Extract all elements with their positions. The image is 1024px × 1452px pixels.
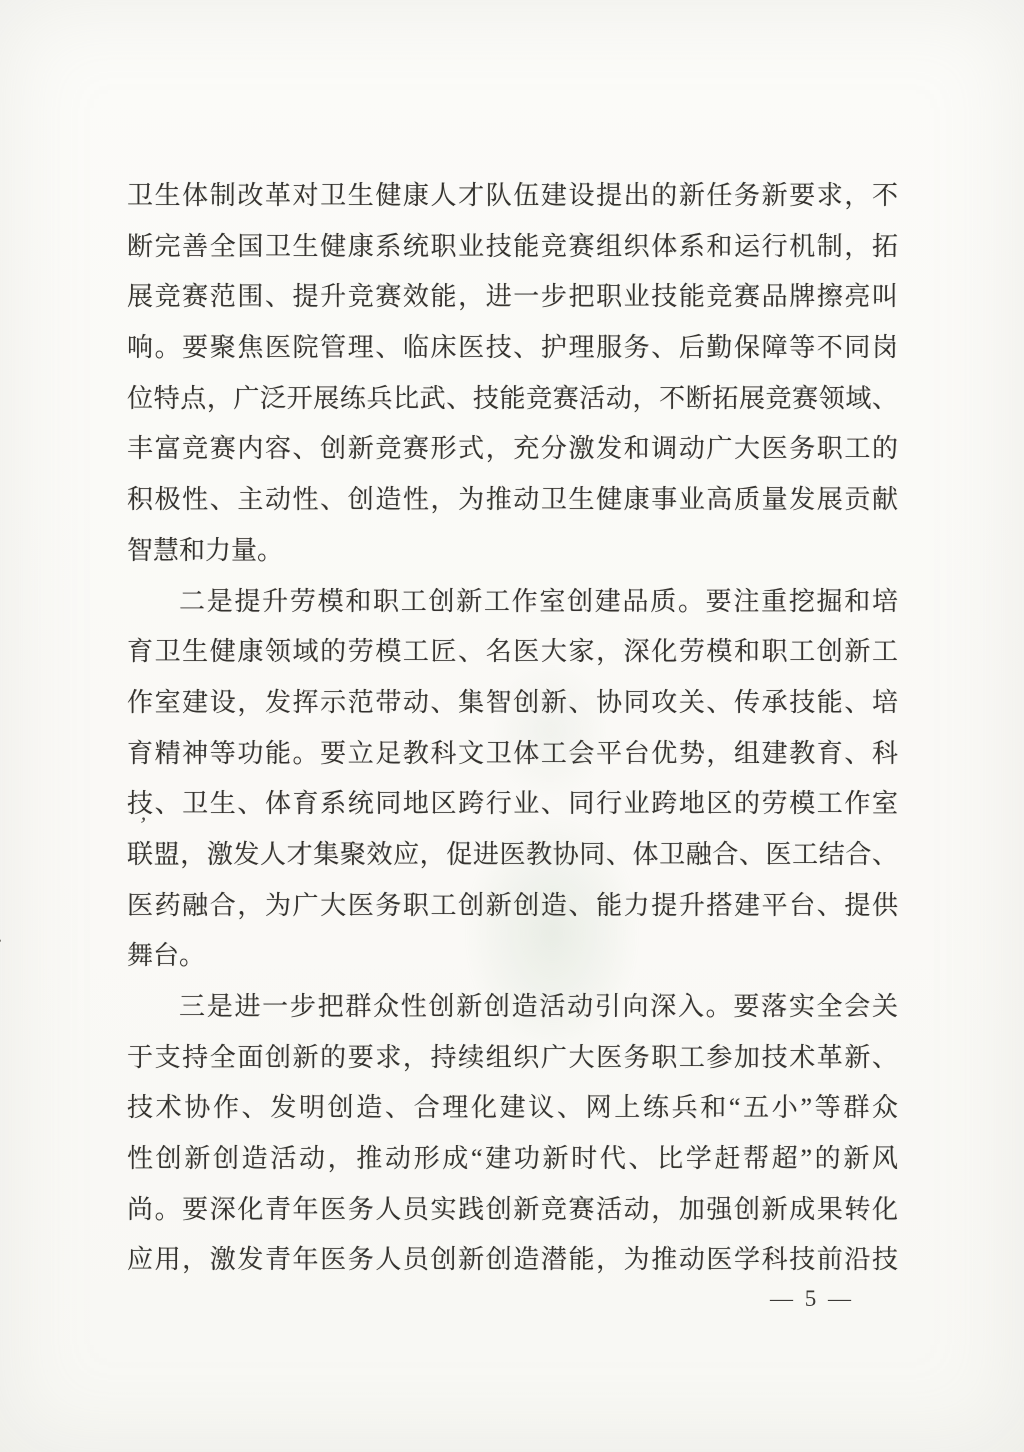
text-line: 育精神等功能。要立足教科文卫体工会平台优势，组建教育、科 (127, 729, 898, 780)
text-line: 作室建设，发挥示范带动、集智创新、协同攻关、传承技能、培 (127, 678, 898, 729)
text-line: 尚。要深化青年医务人员实践创新竞赛活动，加强创新成果转化 (127, 1185, 898, 1236)
text-line: 技术协作、发明创造、合理化建议、网上练兵和“五小”等群众 (127, 1083, 898, 1134)
text-line: 积极性、主动性、创造性，为推动卫生健康事业高质量发展贡献 (127, 475, 898, 526)
text-line: 应用，激发青年医务人员创新创造潜能，为推动医学科技前沿技 (127, 1235, 898, 1286)
edge-ink-dot: · (0, 928, 3, 954)
text-line: 断完善全国卫生健康系统职业技能竞赛组织体系和运行机制，拓 (127, 222, 898, 273)
paragraph: 三是进一步把群众性创新创造活动引向深入。要落实全会关于支持全面创新的要求，持续组… (127, 982, 898, 1286)
text-line: 医药融合，为广大医务职工创新创造、能力提升搭建平台、提供 (127, 881, 898, 932)
text-line: 育卫生健康领域的劳模工匠、名医大家，深化劳模和职工创新工 (127, 627, 898, 678)
text-line: 二是提升劳模和职工创新工作室创建品质。要注重挖掘和培 (127, 577, 898, 628)
text-line: 智慧和力量。 (127, 526, 898, 577)
paragraph: 二是提升劳模和职工创新工作室创建品质。要注重挖掘和培育卫生健康领域的劳模工匠、名… (127, 577, 898, 983)
document-text-block: 卫生体制改革对卫生健康人才队伍建设提出的新任务新要求，不断完善全国卫生健康系统职… (127, 171, 898, 1286)
text-line: 响。要聚焦医院管理、临床医技、护理服务、后勤保障等不同岗 (127, 323, 898, 374)
text-line: 三是进一步把群众性创新创造活动引向深入。要落实全会关 (127, 982, 898, 1033)
text-line: 丰富竞赛内容、创新竞赛形式，充分激发和调动广大医务职工的 (127, 424, 898, 475)
text-line: 舞台。 (127, 931, 898, 982)
text-line: 位特点，广泛开展练兵比武、技能竞赛活动，不断拓展竞赛领域、 (127, 374, 898, 425)
text-line: 联盟，激发人才集聚效应，促进医教协同、体卫融合、医工结合、 (127, 830, 898, 881)
text-line: 性创新创造活动，推动形成“建功新时代、比学赶帮超”的新风 (127, 1134, 898, 1185)
text-line: 技、卫生、体育系统同地区跨行业、同行业跨地区的劳模工作室 (127, 779, 898, 830)
paragraph: 卫生体制改革对卫生健康人才队伍建设提出的新任务新要求，不断完善全国卫生健康系统职… (127, 171, 898, 577)
text-line: 于支持全面创新的要求，持续组织广大医务职工参加技术革新、 (127, 1033, 898, 1084)
page-number: — 5 — (770, 1286, 854, 1312)
text-line: 展竞赛范围、提升竞赛效能，进一步把职业技能竞赛品牌擦亮叫 (127, 272, 898, 323)
text-line: 卫生体制改革对卫生健康人才队伍建设提出的新任务新要求，不 (127, 171, 898, 222)
